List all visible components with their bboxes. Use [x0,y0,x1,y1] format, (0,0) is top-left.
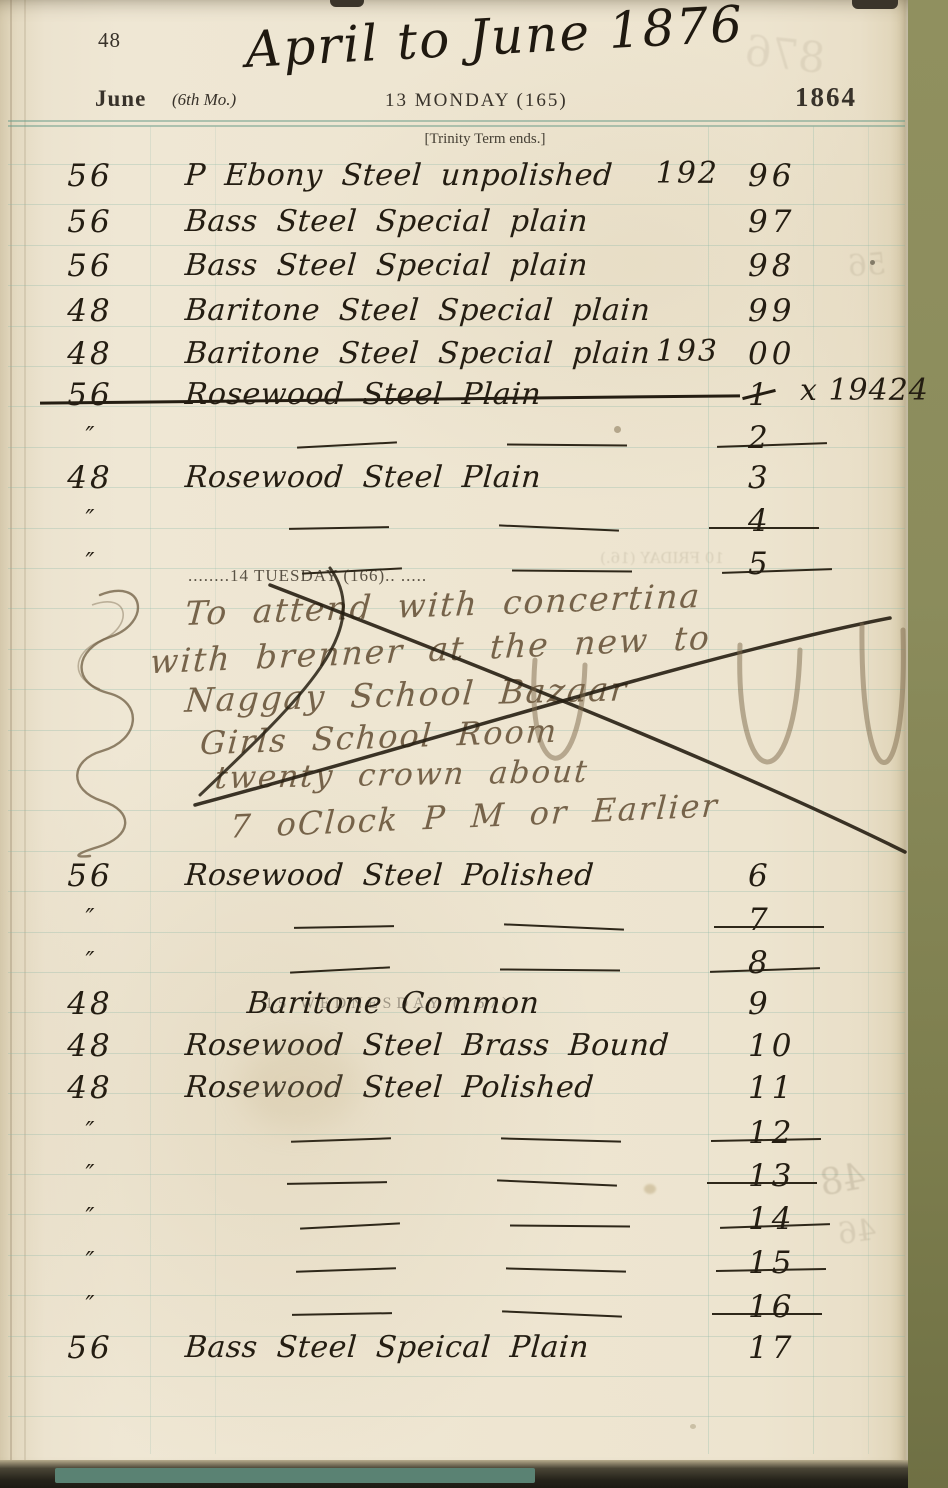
description-text: Baritone Steel Special plain [174,293,652,328]
description-text: Bass Steel Speical Plain [174,1330,590,1365]
day-header: 13 MONDAY (165) [385,90,568,112]
serial-number: 12 [748,1115,795,1151]
foxing-blotch [240,1040,360,1130]
serial-number: 16 [748,1289,795,1325]
quantity: ″ [46,1115,134,1145]
ditto-dash [497,1179,617,1186]
ditto-dash [507,443,627,446]
description-text: Rosewood Steel Polished [174,1070,595,1105]
quantity: 56 [46,377,134,413]
quantity: 48 [46,1070,134,1106]
description: Baritone Steel Special plain193 [175,336,745,382]
serial-number: 96 [748,158,795,194]
header-rule [8,120,905,122]
description [175,503,745,549]
header-rule [8,125,905,127]
description-text: Bass Steel Special plain [174,204,589,239]
edge-smudge [852,0,898,9]
carry-number: 192 [656,156,719,191]
ditto-dash [500,968,620,971]
ink-speck [690,1424,696,1429]
stain-spot [644,1184,656,1194]
description [175,1158,745,1204]
description: Bass Steel Speical Plain [175,1330,745,1376]
ledger-row: 48Rosewood Steel Plain3 [0,460,948,506]
ledger-row: 48Rosewood Steel Polished11 [0,1070,948,1116]
ink-speck [614,426,621,433]
year-label: 1864 [795,82,857,113]
description-text: Bass Steel Special plain [174,248,589,283]
ledger-row: ″14 [0,1201,948,1247]
ditto-dash [504,923,624,930]
ditto-dash [717,442,827,448]
serial-number: 3 [748,460,772,496]
description [175,902,745,948]
ledger-row: 4815 WEDNESDAY (167)Baritone Common9 [0,986,948,1032]
description-text: P Ebony Steel unpolished [174,158,614,193]
margin-scrawl [40,575,150,865]
quantity: 56 [46,1330,134,1366]
ditto-dash [287,1181,387,1185]
quantity: ″ [46,1289,134,1319]
quantity: ″ [46,420,134,450]
quantity: 48 [46,986,134,1022]
ledger-row: 56Bass Steel Speical Plain17 [0,1330,948,1376]
description [175,945,745,991]
serial-number: 99 [748,293,795,329]
ghost-text: 46 [836,1213,879,1253]
ledger-row: 56P Ebony Steel unpolished19296 [0,158,948,204]
description: 15 WEDNESDAY (167)Baritone Common [175,986,745,1032]
page-number: 48 [98,28,121,53]
carry-number: 193 [656,334,719,369]
ledger-row: ″4 [0,503,948,549]
quantity: 48 [46,293,134,329]
diary-page: 48 April to June 1876 June (6th Mo.) 13 … [0,0,908,1462]
ditto-dash [300,1222,400,1229]
quantity: ″ [46,1158,134,1188]
serial-number: 9 [748,986,772,1022]
ink-speck [870,260,875,265]
quantity: ″ [46,1245,134,1275]
ditto-dash [510,1224,630,1227]
ledger-row: ″12 [0,1115,948,1161]
ruled-line [8,1376,905,1377]
handwritten-title: April to June 1876 [244,0,746,79]
description [175,1289,745,1335]
ditto-dash [291,1137,391,1142]
quantity: ″ [46,503,134,533]
quantity: ″ [46,1201,134,1231]
serial-number: 13 [748,1158,795,1194]
quantity: 48 [46,336,134,372]
serial-number: 1 [748,377,772,413]
ghost-text: 48 [817,1156,869,1204]
ledger-row: ″13 [0,1158,948,1204]
ledger-row: ″7 [0,902,948,948]
quantity: 56 [46,204,134,240]
scanned-diary-page: 48 April to June 1876 June (6th Mo.) 13 … [0,0,948,1488]
ditto-dash [499,524,619,531]
ledger-row: ″16 [0,1289,948,1335]
ditto-dash [296,1267,396,1272]
ledger-row: 56Rosewood Steel Plain1x 19424 [0,377,948,423]
quantity: 56 [46,158,134,194]
month-label: June [95,86,146,112]
replacement-serial: x 19424 [800,373,929,408]
ledger-row: 56Bass Steel Special plain98 [0,248,948,294]
ditto-dash [290,966,390,973]
term-note: [Trinity Term ends.] [335,131,635,148]
serial-number: 7 [748,902,772,938]
quantity: 56 [46,248,134,284]
ditto-dash [292,1312,392,1316]
description: Bass Steel Special plain [175,204,745,250]
serial-number: 98 [748,248,795,284]
description-text: Baritone Steel Special plain [174,336,652,371]
serial-number: 4 [748,503,772,539]
ghost-text: 10 FRIDAY (16.) [600,549,724,567]
description-text: Rosewood Steel Plain [174,377,543,412]
edge-smudge [330,0,364,7]
ditto-dash [297,441,397,448]
description [175,1201,745,1247]
serial-number: 11 [748,1070,795,1106]
ghost-text: 876 [743,26,828,83]
ditto-dash [501,1137,621,1142]
ledger-row: 48Rosewood Steel Brass Bound10 [0,1028,948,1074]
ledger-row: ″15 [0,1245,948,1291]
ledger-row: 48Baritone Steel Special plain99 [0,293,948,339]
ghost-text: 56 [847,246,888,284]
description: Bass Steel Special plain [175,248,745,294]
quantity: ″ [46,546,134,576]
serial-number: 15 [748,1245,795,1281]
quantity: 48 [46,460,134,496]
serial-number: 97 [748,204,795,240]
cancellation-strokes [140,560,948,880]
description: P Ebony Steel unpolished192 [175,158,745,204]
ditto-dash [506,1267,626,1272]
serial-number: 14 [748,1201,795,1237]
serial-number: 00 [748,336,795,372]
ditto-dash [294,925,394,929]
quantity: ″ [46,945,134,975]
ledger-row: 56Bass Steel Special plain97 [0,204,948,250]
ditto-dash [502,1310,622,1317]
serial-number: 2 [748,420,772,456]
description [175,1115,745,1161]
quantity: ″ [46,902,134,932]
description-text: Rosewood Steel Brass Bound [174,1028,671,1063]
serial-number: 17 [748,1330,795,1366]
description-text: Baritone Common [174,986,541,1021]
table-surface-sliver [55,1468,535,1483]
description [175,1245,745,1291]
month-sub-label: (6th Mo.) [172,90,236,110]
description: Rosewood Steel Plain [175,460,745,506]
quantity: 48 [46,1028,134,1064]
description: Baritone Steel Special plain [175,293,745,339]
ditto-dash [289,526,389,530]
ledger-row: ″8 [0,945,948,991]
ruled-line [8,1416,905,1417]
serial-number: 8 [748,945,772,981]
description-text: Rosewood Steel Plain [174,460,543,495]
serial-number: 10 [748,1028,795,1064]
